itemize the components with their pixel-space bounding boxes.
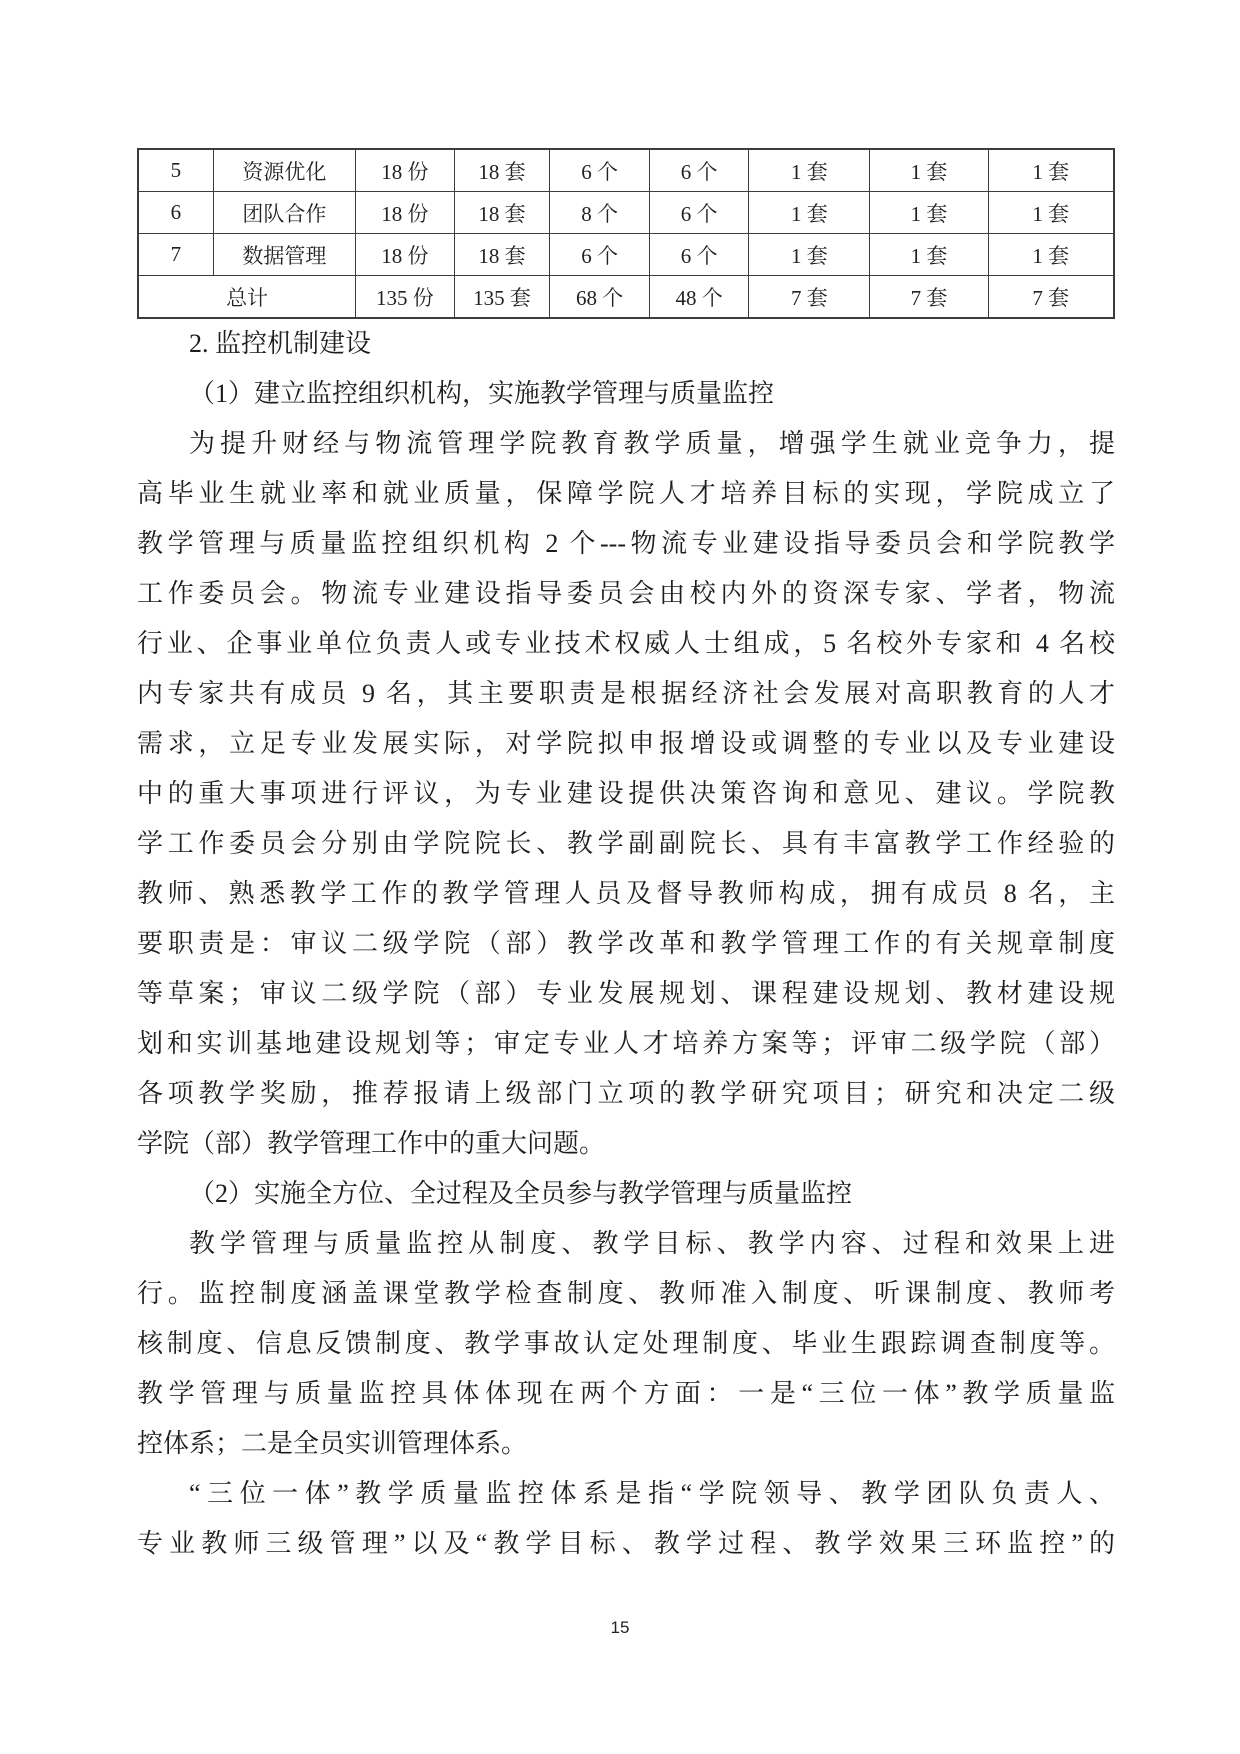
text-line: 为提升财经与物流管理学院教育教学质量，增强学生就业竞争力，提 xyxy=(137,419,1115,469)
table-cell: 7 套 xyxy=(749,276,870,319)
subsection-2-heading: （2）实施全方位、全过程及全员参与教学管理与质量监控 xyxy=(137,1169,1115,1219)
summary-table: 5资源优化18 份18 套6 个6 个1 套1 套1 套6团队合作18 份18 … xyxy=(137,148,1115,319)
table-cell: 7 套 xyxy=(988,276,1114,319)
summary-table-container: 5资源优化18 份18 套6 个6 个1 套1 套1 套6团队合作18 份18 … xyxy=(137,148,1115,319)
text-line: 教师、熟悉教学工作的教学管理人员及督导教师构成，拥有成员 8 名，主 xyxy=(137,869,1115,919)
text-line: 等草案；审议二级学院（部）专业发展规划、课程建设规划、教材建设规 xyxy=(137,969,1115,1019)
table-cell: 1 套 xyxy=(870,149,988,192)
text-line: 学工作委员会分别由学院院长、教学副副院长、具有丰富教学工作经验的 xyxy=(137,819,1115,869)
table-cell: 1 套 xyxy=(749,234,870,276)
table-cell: 18 套 xyxy=(454,234,550,276)
table-cell: 6 个 xyxy=(649,234,749,276)
document-body: 2. 监控机制建设 （1）建立监控组织机构，实施教学管理与质量监控 为提升财经与… xyxy=(137,319,1115,1569)
text-line: 专业教师三级管理”以及“教学目标、教学过程、教学效果三环监控”的 xyxy=(137,1519,1115,1569)
table-cell: 68 个 xyxy=(550,276,650,319)
text-line: 中的重大事项进行评议，为专业建设提供决策咨询和意见、建议。学院教 xyxy=(137,769,1115,819)
table-row: 6团队合作18 份18 套8 个6 个1 套1 套1 套 xyxy=(138,192,1114,234)
text-line: 行业、企事业单位负责人或专业技术权威人士组成，5 名校外专家和 4 名校 xyxy=(137,619,1115,669)
table-cell: 资源优化 xyxy=(213,149,355,192)
table-cell: 1 套 xyxy=(870,192,988,234)
table-cell: 8 个 xyxy=(550,192,650,234)
paragraph-2: 教学管理与质量监控从制度、教学目标、教学内容、过程和效果上进行。监控制度涵盖课堂… xyxy=(137,1219,1115,1469)
subsection-1-heading: （1）建立监控组织机构，实施教学管理与质量监控 xyxy=(137,369,1115,419)
table-row: 7数据管理18 份18 套6 个6 个1 套1 套1 套 xyxy=(138,234,1114,276)
table-cell: 1 套 xyxy=(988,234,1114,276)
table-cell: 48 个 xyxy=(649,276,749,319)
table-cell: 团队合作 xyxy=(213,192,355,234)
table-cell: 数据管理 xyxy=(213,234,355,276)
table-cell: 1 套 xyxy=(870,234,988,276)
text-line: 要职责是：审议二级学院（部）教学改革和教学管理工作的有关规章制度 xyxy=(137,919,1115,969)
table-cell: 18 份 xyxy=(356,234,455,276)
table-cell: 总计 xyxy=(138,276,356,319)
text-line: 各项教学奖励，推荐报请上级部门立项的教学研究项目；研究和决定二级 xyxy=(137,1069,1115,1119)
table-cell: 135 份 xyxy=(356,276,455,319)
table-cell: 6 个 xyxy=(649,192,749,234)
text-line: 控体系；二是全员实训管理体系。 xyxy=(137,1419,1115,1469)
summary-table-body: 5资源优化18 份18 套6 个6 个1 套1 套1 套6团队合作18 份18 … xyxy=(138,149,1114,318)
text-line: 教学管理与质量监控具体体现在两个方面：一是“三位一体”教学质量监 xyxy=(137,1369,1115,1419)
table-cell: 18 份 xyxy=(356,192,455,234)
table-cell: 18 套 xyxy=(454,149,550,192)
table-cell: 18 份 xyxy=(356,149,455,192)
text-line: 学院（部）教学管理工作中的重大问题。 xyxy=(137,1119,1115,1169)
text-line: 工作委员会。物流专业建设指导委员会由校内外的资深专家、学者，物流 xyxy=(137,569,1115,619)
table-cell: 6 个 xyxy=(649,149,749,192)
table-cell: 7 套 xyxy=(870,276,988,319)
table-cell: 1 套 xyxy=(988,192,1114,234)
text-line: 教学管理与质量监控从制度、教学目标、教学内容、过程和效果上进 xyxy=(137,1219,1115,1269)
table-cell: 1 套 xyxy=(988,149,1114,192)
document-page: 5资源优化18 份18 套6 个6 个1 套1 套1 套6团队合作18 份18 … xyxy=(0,0,1240,1754)
text-line: 行。监控制度涵盖课堂教学检查制度、教师准入制度、听课制度、教师考 xyxy=(137,1269,1115,1319)
table-total-row: 总计135 份135 套68 个48 个7 套7 套7 套 xyxy=(138,276,1114,319)
table-cell: 7 xyxy=(138,234,213,276)
text-line: 核制度、信息反馈制度、教学事故认定处理制度、毕业生跟踪调查制度等。 xyxy=(137,1319,1115,1369)
text-line: 高毕业生就业率和就业质量，保障学院人才培养目标的实现，学院成立了 xyxy=(137,469,1115,519)
text-line: 教学管理与质量监控组织机构 2 个---物流专业建设指导委员会和学院教学 xyxy=(137,519,1115,569)
section-heading: 2. 监控机制建设 xyxy=(137,319,1115,369)
table-cell: 5 xyxy=(138,149,213,192)
table-cell: 135 套 xyxy=(454,276,550,319)
table-cell: 6 个 xyxy=(550,149,650,192)
paragraph-3: “三位一体”教学质量监控体系是指“学院领导、教学团队负责人、专业教师三级管理”以… xyxy=(137,1469,1115,1569)
table-cell: 1 套 xyxy=(749,149,870,192)
text-line: 划和实训基地建设规划等；审定专业人才培养方案等；评审二级学院（部） xyxy=(137,1019,1115,1069)
page-number: 15 xyxy=(0,1618,1240,1638)
text-line: “三位一体”教学质量监控体系是指“学院领导、教学团队负责人、 xyxy=(137,1469,1115,1519)
table-cell: 6 个 xyxy=(550,234,650,276)
table-cell: 6 xyxy=(138,192,213,234)
paragraph-1: 为提升财经与物流管理学院教育教学质量，增强学生就业竞争力，提高毕业生就业率和就业… xyxy=(137,419,1115,1169)
table-row: 5资源优化18 份18 套6 个6 个1 套1 套1 套 xyxy=(138,149,1114,192)
table-cell: 1 套 xyxy=(749,192,870,234)
text-line: 内专家共有成员 9 名，其主要职责是根据经济社会发展对高职教育的人才 xyxy=(137,669,1115,719)
text-line: 需求，立足专业发展实际，对学院拟申报增设或调整的专业以及专业建设 xyxy=(137,719,1115,769)
table-cell: 18 套 xyxy=(454,192,550,234)
